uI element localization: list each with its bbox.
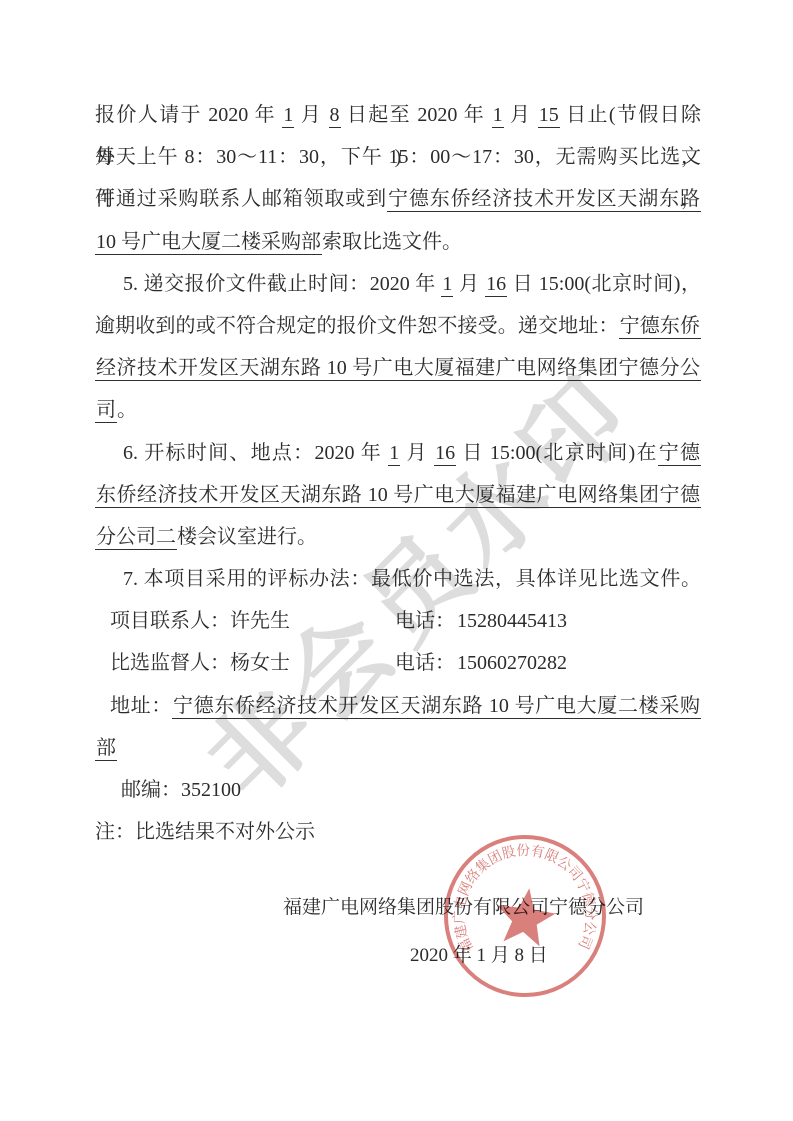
text-segment: 日 15:00(北京时间)在: [456, 442, 658, 464]
text-segment: 索取比选文件。: [322, 231, 462, 253]
underlined-text: 16: [485, 273, 507, 297]
phone-label: 电话：: [395, 600, 455, 642]
item6-line3: 分公司二楼会议室进行。: [95, 516, 701, 558]
underlined-text: 宁德东侨: [619, 315, 701, 339]
phone-label: 电话：: [395, 642, 455, 684]
para4-line4: 10 号广电大厦二楼采购部索取比选文件。: [95, 221, 701, 263]
notice-body: 报价人请于 2020 年 1 月 8 日起至 2020 年 1 月 15 日止(…: [95, 94, 701, 853]
address-line1: 地址：宁德东侨经济技术开发区天湖东路 10 号广电大厦二楼采购: [95, 685, 701, 727]
item6-line1: 6. 开标时间、地点：2020 年 1 月 16 日 15:00(北京时间)在宁…: [95, 432, 701, 474]
text-segment: 注：比选结果不对外公示: [95, 821, 315, 843]
underlined-text: 1: [441, 273, 453, 297]
text-segment: 逾期收到的或不符合规定的报价文件恕不接受。递交地址：: [95, 315, 619, 337]
underlined-text: 宁德东侨经济技术开发区天湖东路 10 号广电大厦二楼采购: [172, 695, 701, 719]
text-segment: 日起至 2020 年: [341, 104, 492, 126]
star-icon: [492, 884, 558, 948]
underlined-text: 1: [282, 104, 294, 128]
para4-line3: 可通过采购联系人邮箱领取或到宁德东侨经济技术开发区天湖东路: [95, 178, 701, 220]
text-segment: 项目联系人：许先生: [110, 610, 290, 632]
underlined-text: 部: [95, 737, 117, 761]
underlined-text: 1: [492, 104, 504, 128]
item6-line2: 东侨经济技术开发区天湖东路 10 号广电大厦福建广电网络集团宁德: [95, 474, 701, 516]
postcode-row: 邮编：352100: [95, 769, 701, 811]
item5-line1: 5. 递交报价文件截止时间：2020 年 1 月 16 日 15:00(北京时间…: [95, 263, 701, 305]
contact-person-row: 项目联系人：许先生电话：15280445413: [95, 600, 701, 642]
underlined-text: 8: [329, 104, 341, 128]
item5-line3: 经济技术开发区天湖东路 10 号广电大厦福建广电网络集团宁德分公: [95, 347, 701, 389]
item7-line1: 7. 本项目采用的评标办法：最低价中选法，具体详见比选文件。: [95, 558, 701, 600]
underlined-text: 1: [388, 442, 400, 466]
text-segment: 地址：: [110, 695, 172, 717]
underlined-text: 15: [538, 104, 560, 128]
item5-line2: 逾期收到的或不符合规定的报价文件恕不接受。递交地址：宁德东侨: [95, 305, 701, 347]
underlined-text: 分公司二: [95, 526, 177, 550]
underlined-text: 司: [95, 399, 117, 423]
underlined-text: 经济技术开发区天湖东路 10 号广电大厦福建广电网络集团宁德分公: [95, 357, 701, 381]
text-segment: 月: [453, 273, 485, 295]
phone-number: 15060270282: [457, 642, 567, 684]
underlined-text: 宁德: [658, 442, 701, 466]
text-segment: 月: [400, 442, 434, 464]
address-line2: 部: [95, 727, 701, 769]
text-segment: 楼会议室进行。: [177, 526, 317, 548]
text-segment: 月: [294, 104, 328, 126]
scanned-notice-page: 非会员水印 报价人请于 2020 年 1 月 8 日起至 2020 年 1 月 …: [0, 0, 793, 1121]
text-segment: 邮编：352100: [121, 779, 241, 801]
text-segment: 可通过采购联系人邮箱领取或到: [95, 188, 387, 210]
text-segment: 5. 递交报价文件截止时间：2020 年: [123, 273, 441, 295]
text-segment: 日 15:00(北京时间)，: [507, 273, 701, 295]
underlined-text: 宁德东侨经济技术开发区天湖东路: [387, 188, 701, 212]
text-segment: 7. 本项目采用的评标办法：最低价中选法，具体详见比选文件。: [123, 568, 701, 590]
text-segment: 比选监督人：杨女士: [110, 652, 290, 674]
text-segment: 。: [117, 399, 137, 421]
text-segment: 报价人请于 2020 年: [95, 104, 282, 126]
underlined-text: 10 号广电大厦二楼采购部: [95, 231, 322, 255]
company-seal-stamp: 福建广电网络集团股份有限公司宁德分公司: [434, 825, 616, 1007]
underlined-text: 16: [434, 442, 456, 466]
underlined-text: 东侨经济技术开发区天湖东路 10 号广电大厦福建广电网络集团宁德: [95, 484, 701, 508]
para4-line2: 每天上午 8：30～11：30，下午 15：00～17：30，无需购买比选文件，: [95, 136, 701, 178]
para4-line1: 报价人请于 2020 年 1 月 8 日起至 2020 年 1 月 15 日止(…: [95, 94, 701, 136]
phone-number: 15280445413: [457, 600, 567, 642]
text-segment: 6. 开标时间、地点：2020 年: [123, 442, 388, 464]
text-segment: 月: [504, 104, 538, 126]
item5-line4: 司。: [95, 389, 701, 431]
supervisor-row: 比选监督人：杨女士电话：15060270282: [95, 642, 701, 684]
